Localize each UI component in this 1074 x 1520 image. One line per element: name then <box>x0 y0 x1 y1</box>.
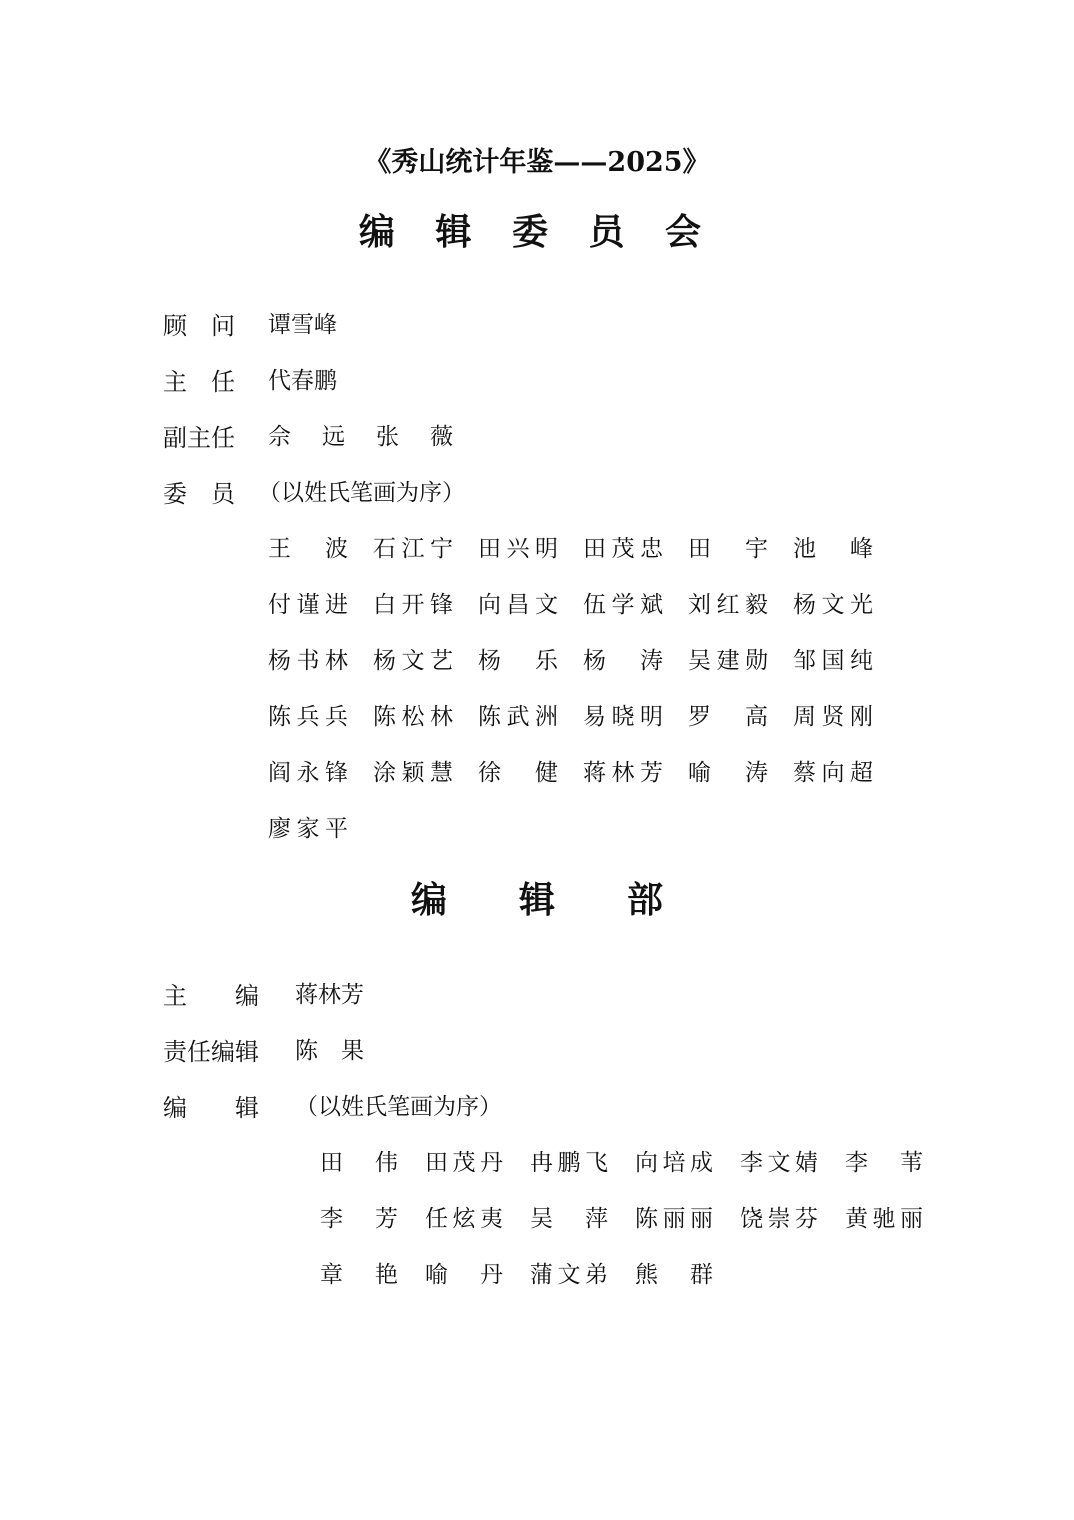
editor-name: 吴 萍 <box>530 1200 608 1233</box>
member-row: 付谨进白开锋向昌文伍学斌刘红毅杨文光 <box>268 586 873 642</box>
editor-row: 李 芳任炫夷吴 萍陈丽丽饶崇芬黄驰丽 <box>320 1200 923 1256</box>
member-row: 杨书林杨文艺杨 乐杨 涛吴建勋邹国纯 <box>268 642 873 698</box>
member-name: 陈武洲 <box>478 698 558 731</box>
editor-name: 饶崇芬 <box>740 1200 818 1233</box>
member-name: 田兴明 <box>478 530 558 563</box>
editor-name: 李 苇 <box>845 1144 923 1177</box>
member-name: 向昌文 <box>478 586 558 619</box>
member-name: 石江宁 <box>373 530 453 563</box>
member-name: 杨文艺 <box>373 642 453 675</box>
member-name: 吴建勋 <box>688 642 768 675</box>
editor-name: 田茂丹 <box>425 1144 503 1177</box>
member-name: 刘红毅 <box>688 586 768 619</box>
member-name: 杨文光 <box>793 586 873 619</box>
editor-name: 章 艳 <box>320 1256 398 1289</box>
member-name: 白开锋 <box>373 586 453 619</box>
editor-name: 黄驰丽 <box>845 1200 923 1233</box>
editor-name: 蒲文弟 <box>530 1256 608 1289</box>
chief-editor-label: 主 编 <box>163 976 259 1011</box>
member-name: 蔡向超 <box>793 754 873 787</box>
member-name: 廖家平 <box>268 810 348 843</box>
member-name: 阎永锋 <box>268 754 348 787</box>
member-name: 伍学斌 <box>583 586 663 619</box>
member-name: 易晓明 <box>583 698 663 731</box>
member-name: 池 峰 <box>793 530 873 563</box>
book-title: 《秀山统计年鉴——2025》 <box>0 140 1074 179</box>
editor-name: 李文婧 <box>740 1144 818 1177</box>
member-row: 陈兵兵陈松林陈武洲易晓明罗 高周贤刚 <box>268 698 873 754</box>
member-row: 王 波石江宁田兴明田茂忠田 宇池 峰 <box>268 530 873 586</box>
editors-note: （以姓氏笔画为序） <box>295 1088 502 1121</box>
member-name: 涂颖慧 <box>373 754 453 787</box>
member-row: 廖家平 <box>268 810 873 866</box>
director-label: 主 任 <box>163 362 235 397</box>
member-name: 罗 高 <box>688 698 768 731</box>
editor-name: 冉鹏飞 <box>530 1144 608 1177</box>
editor-name: 熊 群 <box>635 1256 713 1289</box>
editor-name: 喻 丹 <box>425 1256 503 1289</box>
editorial-members: 田 伟田茂丹冉鹏飞向培成李文婧李 苇 李 芳任炫夷吴 萍陈丽丽饶崇芬黄驰丽 章 … <box>320 1144 923 1312</box>
member-name: 蒋林芳 <box>583 754 663 787</box>
member-name: 王 波 <box>268 530 348 563</box>
editor-name: 向培成 <box>635 1144 713 1177</box>
advisor-label: 顾 问 <box>163 306 235 341</box>
member-name: 杨书林 <box>268 642 348 675</box>
editor-name: 李 芳 <box>320 1200 398 1233</box>
chief-editor-value: 蒋林芳 <box>295 976 364 1009</box>
member-row: 阎永锋涂颖慧徐 健蒋林芳喻 涛蔡向超 <box>268 754 873 810</box>
editor-row: 章 艳喻 丹蒲文弟熊 群 <box>320 1256 923 1312</box>
deputy-director-value: 佘 远 张 薇 <box>268 418 457 451</box>
member-name: 周贤刚 <box>793 698 873 731</box>
editor-row: 田 伟田茂丹冉鹏飞向培成李文婧李 苇 <box>320 1144 923 1200</box>
deputy-director-label: 副主任 <box>163 418 235 453</box>
members-label: 委 员 <box>163 474 235 509</box>
member-name: 田 宇 <box>688 530 768 563</box>
member-name: 陈兵兵 <box>268 698 348 731</box>
member-name: 徐 健 <box>478 754 558 787</box>
members-note: （以姓氏笔画为序） <box>258 474 465 507</box>
editors-label: 编 辑 <box>163 1088 259 1123</box>
committee-title: 编 辑 委 员 会 <box>0 204 1074 255</box>
committee-members: 王 波石江宁田兴明田茂忠田 宇池 峰 付谨进白开锋向昌文伍学斌刘红毅杨文光 杨书… <box>268 530 873 866</box>
member-name: 田茂忠 <box>583 530 663 563</box>
editorial-title: 编 辑 部 <box>0 872 1074 923</box>
member-name: 杨 乐 <box>478 642 558 675</box>
editor-name: 陈丽丽 <box>635 1200 713 1233</box>
member-name: 喻 涛 <box>688 754 768 787</box>
managing-editor-value: 陈 果 <box>295 1032 364 1065</box>
editor-name: 田 伟 <box>320 1144 398 1177</box>
member-name: 付谨进 <box>268 586 348 619</box>
director-value: 代春鹏 <box>268 362 337 395</box>
member-name: 陈松林 <box>373 698 453 731</box>
managing-editor-label: 责任编辑 <box>163 1032 259 1067</box>
member-name: 杨 涛 <box>583 642 663 675</box>
member-name: 邹国纯 <box>793 642 873 675</box>
advisor-value: 谭雪峰 <box>268 306 337 339</box>
editor-name: 任炫夷 <box>425 1200 503 1233</box>
